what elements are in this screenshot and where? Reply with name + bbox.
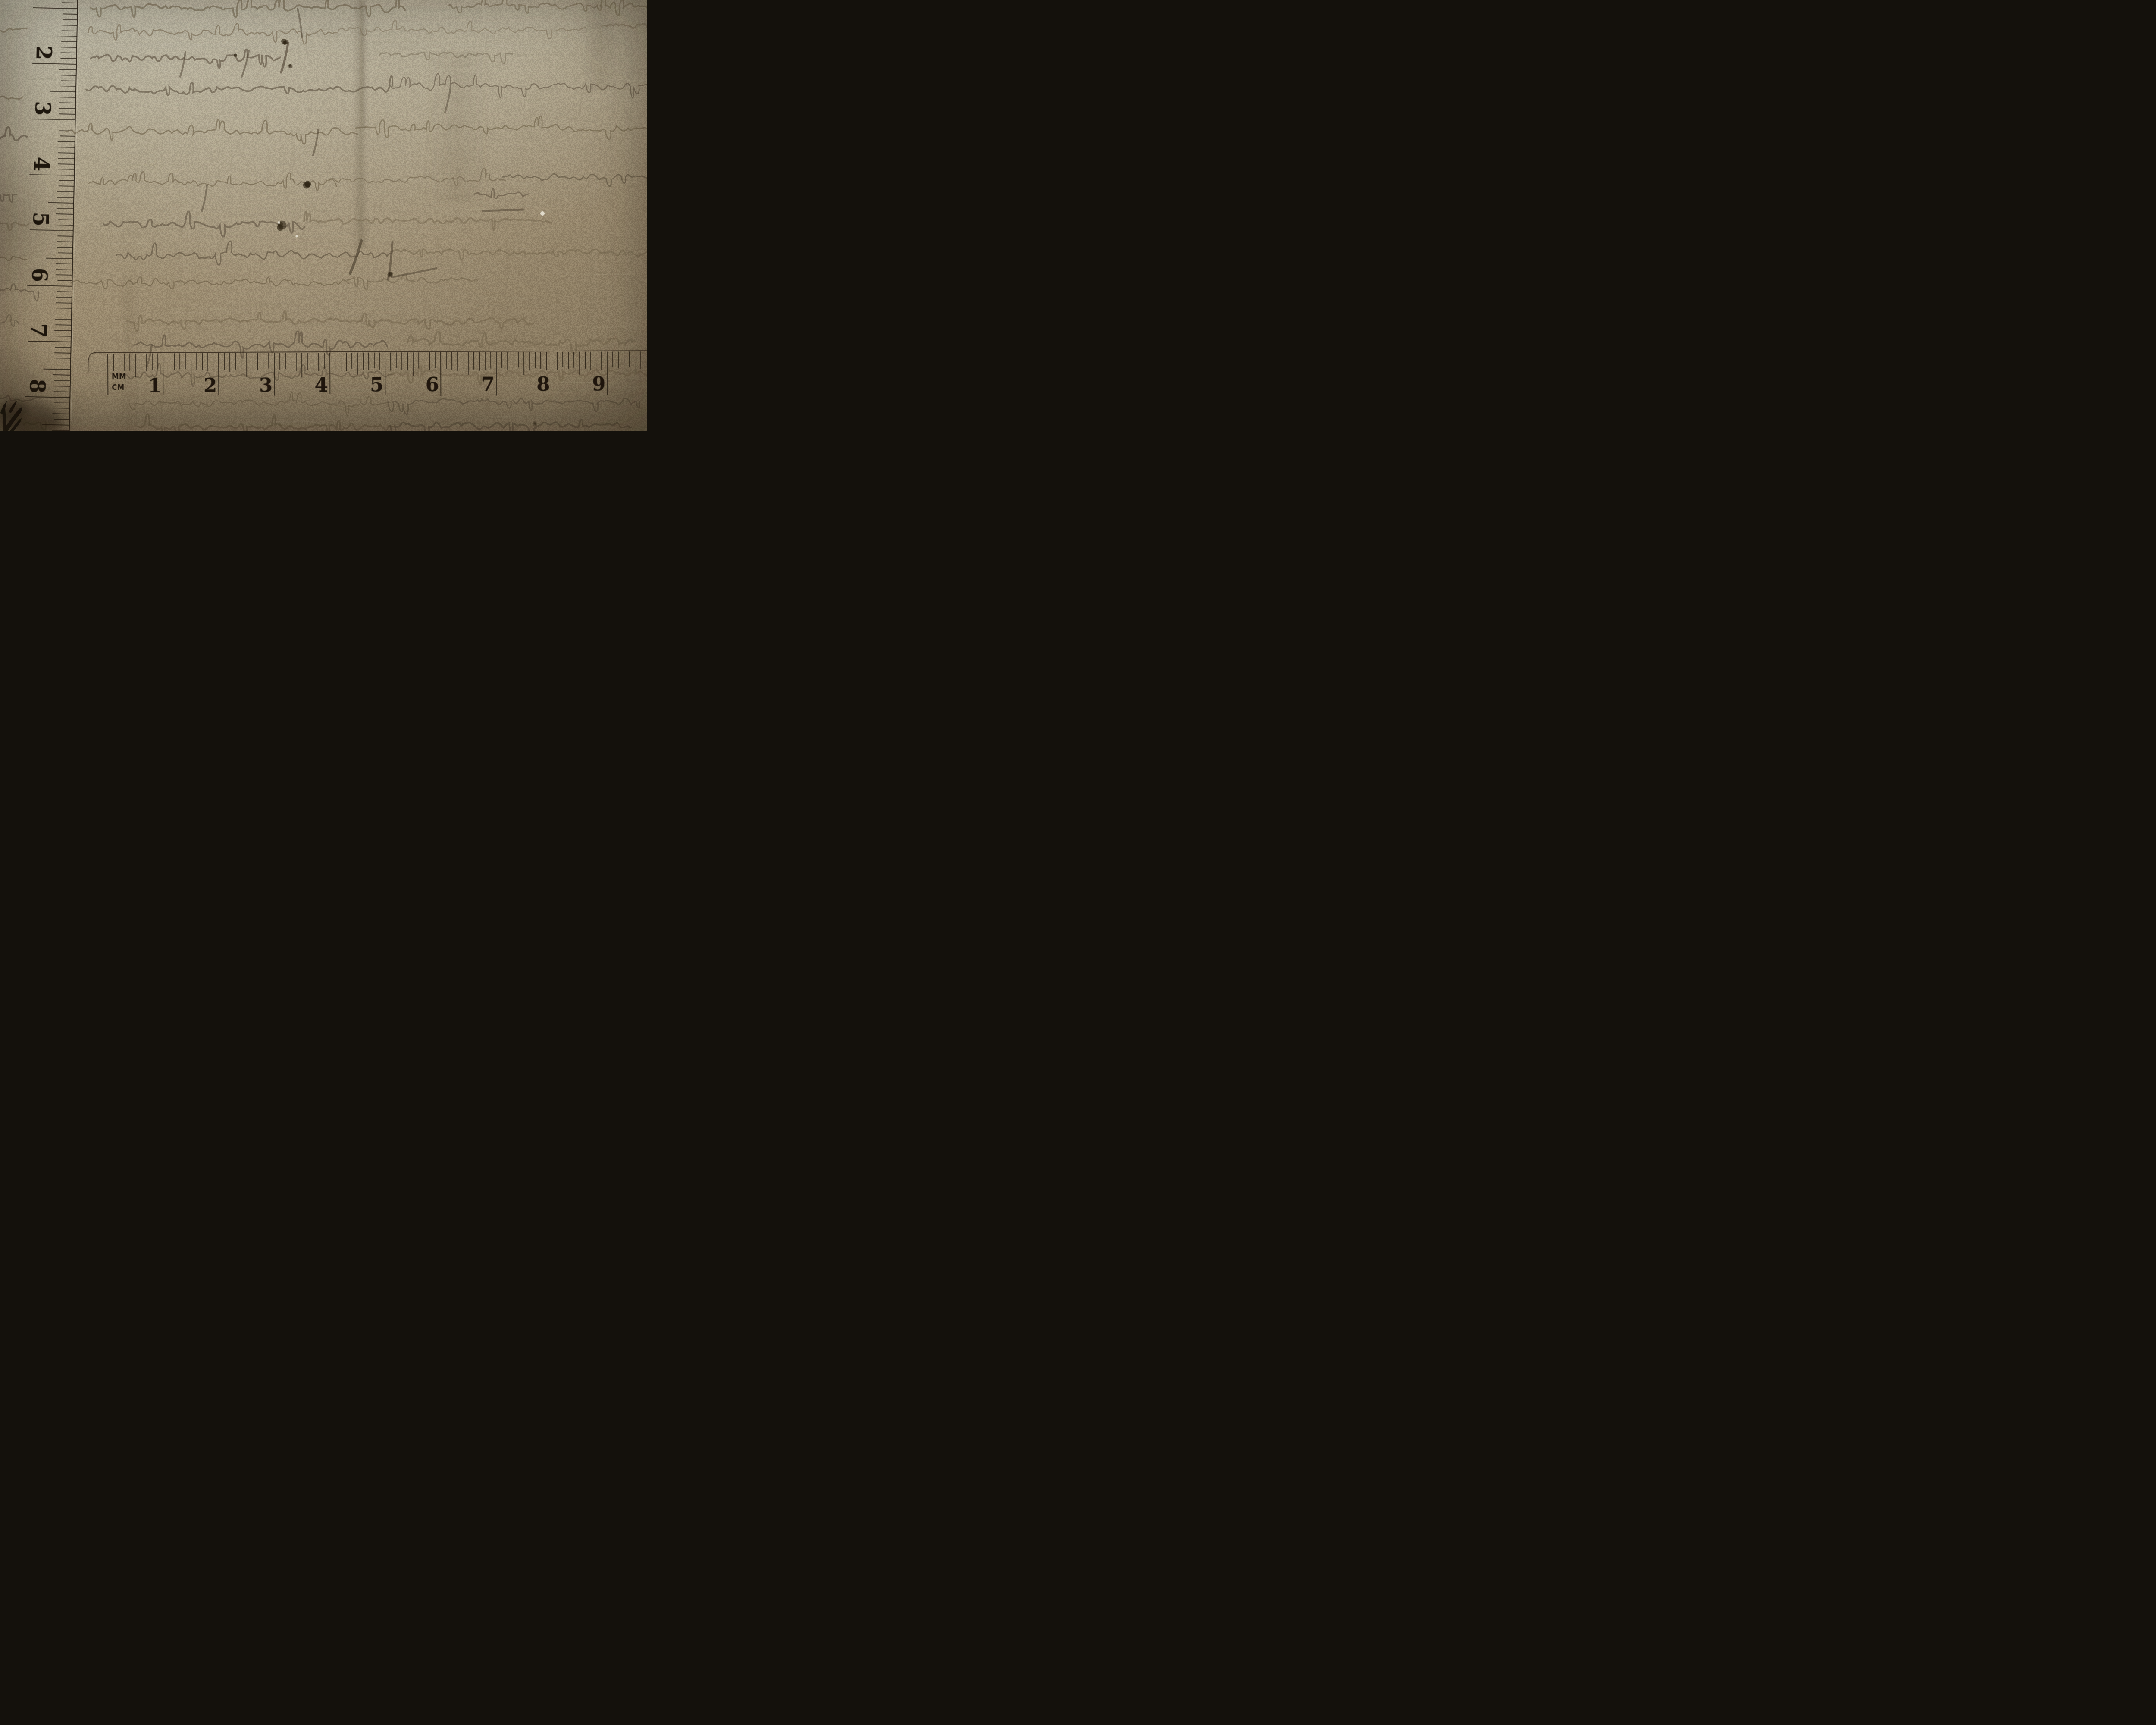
manuscript-photo: 2345678 MM CM 123456789 bbox=[0, 0, 647, 431]
arrow-ornament bbox=[0, 0, 647, 431]
